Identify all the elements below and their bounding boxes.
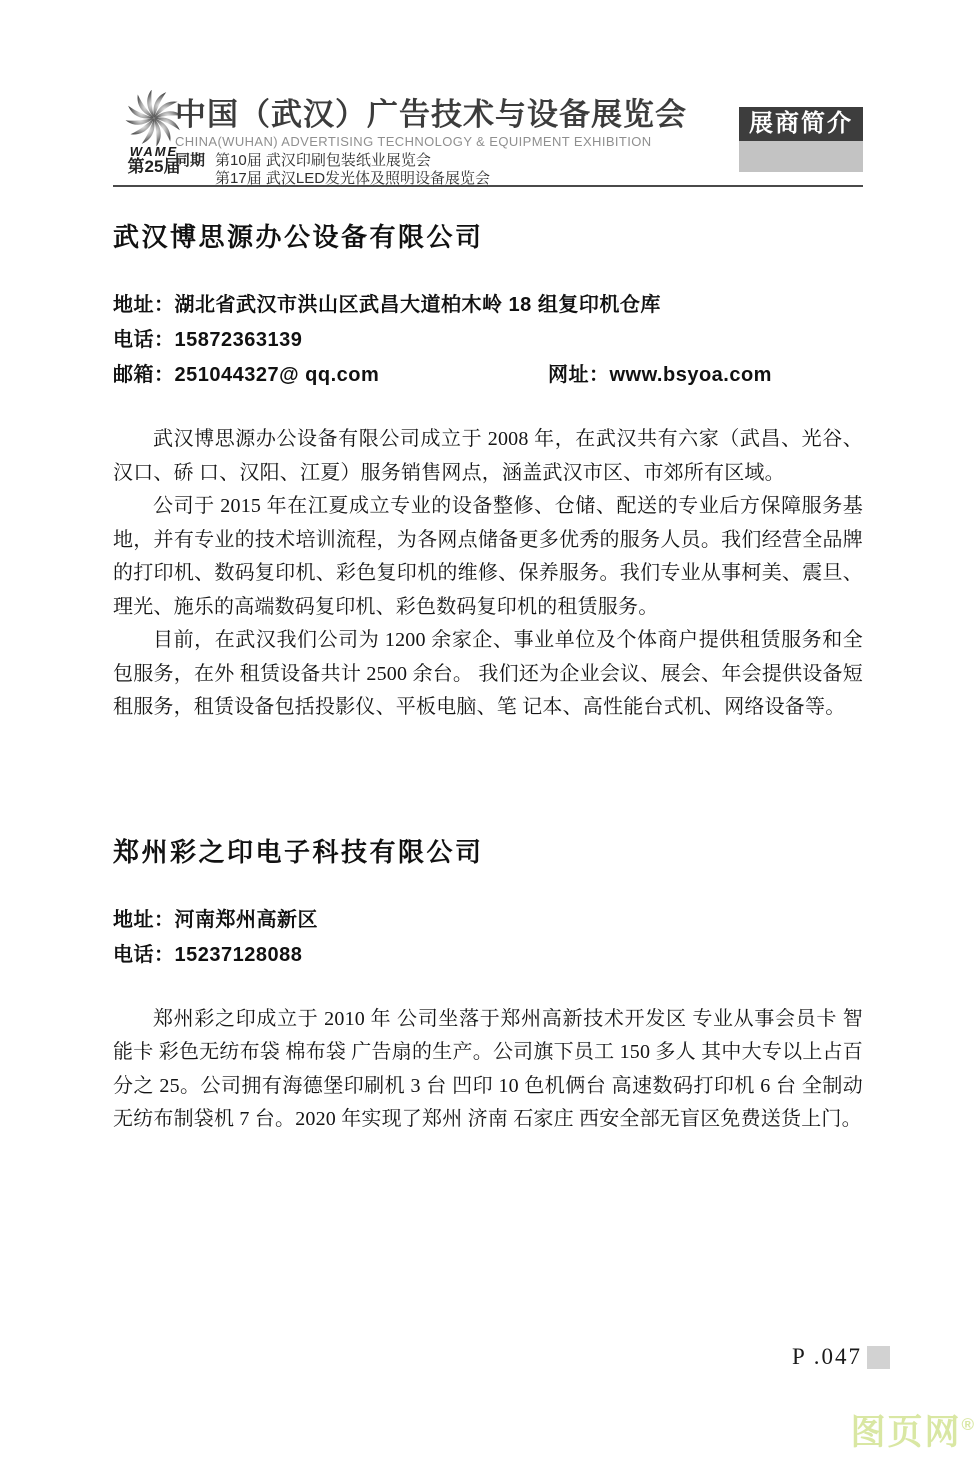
- company-1-paragraph-3: 目前，在武汉我们公司为 1200 余家企、事业单位及个体商户提供租赁服务和全包服…: [113, 624, 863, 725]
- watermark-text: 图页网: [850, 1413, 961, 1452]
- company-2-phone-row: 电话：15237128088: [113, 938, 863, 973]
- company-1-email-row: 邮箱：251044327@ qq.com 网址：www.bsyoa.com: [113, 358, 863, 393]
- company-1-name: 武汉博思源办公设备有限公司: [113, 222, 863, 252]
- address-value: 湖北省武汉市洪山区武昌大道柏木岭 18 组复印机仓库: [175, 294, 661, 316]
- company-2-contacts: 地址：河南郑州高新区 电话：15237128088: [113, 903, 863, 973]
- page-content: WAME 第25届 中国（武汉）广告技术与设备展览会 CHINA(WUHAN) …: [113, 90, 863, 1137]
- company-1-address-row: 地址：湖北省武汉市洪山区武昌大道柏木岭 18 组复印机仓库: [113, 288, 863, 323]
- phone-label: 电话：: [113, 329, 175, 351]
- address-label: 地址：: [113, 909, 175, 931]
- page-number: P .047: [792, 1344, 862, 1370]
- company-section-1: 武汉博思源办公设备有限公司 地址：湖北省武汉市洪山区武昌大道柏木岭 18 组复印…: [113, 222, 863, 725]
- company-1-contacts: 地址：湖北省武汉市洪山区武昌大道柏木岭 18 组复印机仓库 电话：1587236…: [113, 288, 863, 393]
- catalog-page: WAME 第25届 中国（武汉）广告技术与设备展览会 CHINA(WUHAN) …: [0, 0, 980, 1459]
- website-value: www.bsyoa.com: [610, 364, 772, 386]
- company-1-website: 网址：www.bsyoa.com: [548, 358, 772, 393]
- company-1-paragraph-2: 公司于 2015 年在江夏成立专业的设备整修、仓储、配送的专业后方保障服务基地，…: [113, 490, 863, 624]
- address-value: 河南郑州高新区: [175, 909, 319, 931]
- company-1-phone-row: 电话：15872363139: [113, 323, 863, 358]
- email-value: 251044327@ qq.com: [175, 364, 380, 386]
- corner-square-decoration: [867, 1346, 890, 1369]
- company-2-paragraph-1: 郑州彩之印成立于 2010 年 公司坐落于郑州高新技术开发区 专业从事会员卡 智…: [113, 1003, 863, 1137]
- company-1-paragraph-1: 武汉博思源办公设备有限公司成立于 2008 年，在武汉共有六家（武昌、光谷、汉口…: [113, 423, 863, 490]
- phone-value: 15237128088: [175, 944, 303, 966]
- concurrent-events-list: 第10届 武汉印刷包装纸业展览会 第17届 武汉LED发光体及照明设备展览会: [215, 152, 490, 188]
- website-label: 网址：: [548, 364, 610, 386]
- company-section-2: 郑州彩之印电子科技有限公司 地址：河南郑州高新区 电话：15237128088 …: [113, 837, 863, 1137]
- address-label: 地址：: [113, 294, 175, 316]
- watermark: 图页网®: [850, 1400, 974, 1458]
- company-2-name: 郑州彩之印电子科技有限公司: [113, 837, 863, 867]
- exhibition-header: WAME 第25届 中国（武汉）广告技术与设备展览会 CHINA(WUHAN) …: [113, 90, 863, 187]
- registered-trademark-icon: ®: [961, 1415, 974, 1434]
- concurrent-event-2: 第17届 武汉LED发光体及照明设备展览会: [215, 170, 490, 188]
- concurrent-events-block: 同期 第10届 武汉印刷包装纸业展览会 第17届 武汉LED发光体及照明设备展览…: [175, 152, 715, 188]
- exhibition-title: 中国（武汉）广告技术与设备展览会: [175, 98, 715, 132]
- concurrent-event-1: 第10届 武汉印刷包装纸业展览会: [215, 152, 490, 170]
- badge-gray-block: [739, 141, 863, 172]
- badge-title: 展商简介: [739, 107, 863, 141]
- header-title-block: 中国（武汉）广告技术与设备展览会 CHINA(WUHAN) ADVERTISIN…: [175, 98, 715, 188]
- exhibition-subtitle-en: CHINA(WUHAN) ADVERTISING TECHNOLOGY & EQ…: [175, 134, 715, 150]
- company-2-description: 郑州彩之印成立于 2010 年 公司坐落于郑州高新技术开发区 专业从事会员卡 智…: [113, 1003, 863, 1137]
- exhibitor-intro-badge: 展商简介: [739, 107, 863, 172]
- phone-value: 15872363139: [175, 329, 303, 351]
- company-2-address-row: 地址：河南郑州高新区: [113, 903, 863, 938]
- concurrent-label: 同期: [175, 152, 205, 188]
- footer-page-number-row: P .047: [792, 1344, 890, 1370]
- phone-label: 电话：: [113, 944, 175, 966]
- company-1-description: 武汉博思源办公设备有限公司成立于 2008 年，在武汉共有六家（武昌、光谷、汉口…: [113, 423, 863, 725]
- email-label: 邮箱：: [113, 364, 175, 386]
